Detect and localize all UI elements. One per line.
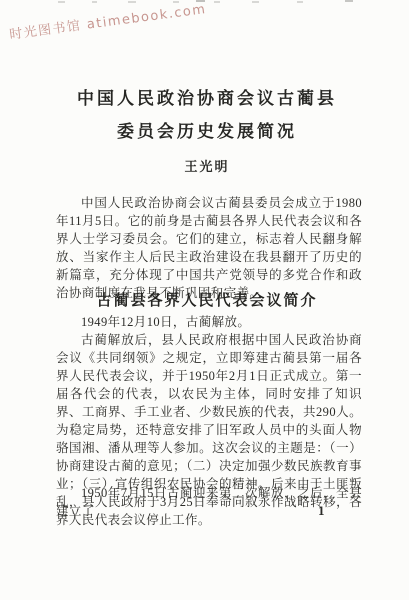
intro-paragraph: 中国人民政治协商会议古蔺县委员会成立于1980年11月5日。它的前身是古蔺县各界… xyxy=(56,194,362,302)
document-title: 中国人民政治协商会议古蔺县 委员会历史发展简况 xyxy=(54,82,360,148)
section-heading: 古蔺县各界人民代表会议简介 xyxy=(54,289,360,310)
document-title-line2: 委员会历史发展简况 xyxy=(54,115,360,148)
library-watermark: 时光图书馆 atimebook.com xyxy=(8,0,207,43)
page-number: 1 xyxy=(318,503,325,519)
author-name: 王光明 xyxy=(54,156,360,175)
document-title-line1: 中国人民政治协商会议古蔺县 xyxy=(54,82,360,115)
paragraph-liberation-date: 1949年12月10日，古蔺解放。 xyxy=(56,313,362,331)
scanned-document-page: 时光图书馆 atimebook.com 中国人民政治协商会议古蔺县 委员会历史发… xyxy=(0,0,409,600)
paragraph-second-liberation: 1950年7月15日古蔺迎来第二次解放，之后，全县建立了 xyxy=(56,484,362,520)
